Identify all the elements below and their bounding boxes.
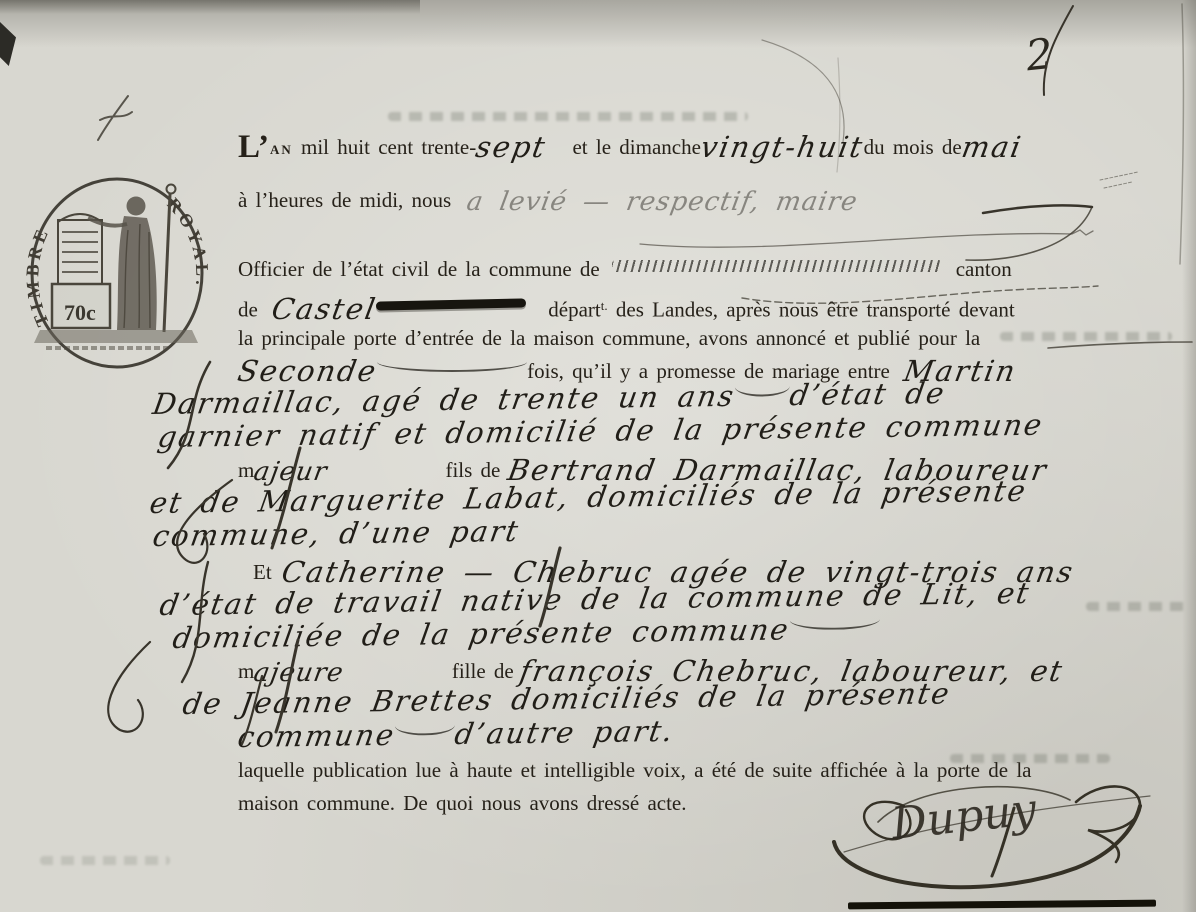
text-line: à l’heures de midi, nousa levié — respec…	[238, 184, 1196, 217]
ink-dash	[395, 723, 455, 736]
printed-text: an	[270, 138, 293, 158]
printed-text: de	[238, 297, 258, 321]
handwritten-text: d’état de	[787, 377, 948, 412]
handwritten-text: domiciliée de la présente commune	[170, 613, 792, 655]
handwritten-text: sept	[473, 131, 549, 164]
handwritten-text-faint: a levié — respectif, maire	[464, 186, 860, 219]
handwritten-text: d’autre part.	[453, 715, 678, 751]
spacer	[258, 312, 272, 316]
printed-text: la principale porte d’entrée de la maiso…	[238, 326, 980, 350]
spacer	[451, 203, 467, 207]
printed-text: fille de	[452, 659, 514, 683]
timbre-royal-stamp: TIMBRE ROYAL. 70c	[18, 170, 218, 378]
printed-text: Et	[253, 560, 272, 584]
spacer	[526, 312, 548, 316]
printed-text: départ	[548, 297, 600, 321]
ink-dash	[735, 384, 790, 397]
bleed-through-mark	[388, 112, 748, 121]
printed-text: t.	[601, 298, 608, 313]
signature-block: Dupuy	[818, 778, 1188, 912]
page-number: 2	[1024, 29, 1056, 81]
printed-text: canton	[956, 257, 1012, 281]
printed-text: à l’heures de midi, nous	[238, 188, 451, 212]
printed-text: L’	[238, 129, 270, 165]
handwritten-text: Seconde	[235, 355, 380, 388]
spacer	[327, 473, 445, 477]
printed-text: fils de	[445, 458, 500, 482]
spacer	[344, 674, 452, 678]
handwritten-text: mai	[959, 131, 1025, 164]
spacer	[942, 272, 956, 276]
document-scan: 2 TIMBRE ROYAL.	[0, 0, 1196, 912]
printed-text: des Landes, après nous être transporté d…	[608, 297, 1015, 321]
document-lines: L’an mil huit cent trente-septet le dima…	[238, 131, 1196, 820]
stamp-text-left: TIMBRE	[22, 223, 53, 329]
spacer	[600, 272, 612, 276]
printed-text: Officier de l’état civil de la commune d…	[238, 257, 600, 281]
handwritten-text: commune	[235, 719, 398, 754]
printed-text: mil huit cent trente-	[293, 135, 476, 159]
text-line: Officier de l’état civil de la commune d…	[238, 253, 1196, 286]
handwritten-text: vingt-huit	[698, 131, 866, 164]
text-line: deCasteldépartt. des Landes, après nous …	[238, 289, 1196, 322]
stamp-denomination: 70c	[64, 300, 96, 325]
printed-text: maison commune. De quoi nous avons dress…	[238, 791, 687, 815]
ink-dash	[377, 360, 527, 372]
text-line: L’an mil huit cent trente-septet le dima…	[238, 131, 1196, 164]
printed-text: du mois de	[864, 135, 962, 159]
scan-edge-shading-streak	[0, 0, 420, 14]
spacer	[546, 150, 572, 154]
ink-scribble	[612, 260, 942, 272]
bleed-through-mark	[950, 754, 1110, 763]
ink-dash	[789, 617, 879, 630]
ink-scratch	[376, 299, 526, 311]
printed-text: et le dimanche	[572, 135, 700, 159]
bleed-through-mark	[1000, 332, 1172, 341]
bleed-through-mark	[1086, 602, 1186, 611]
signature-name: Dupuy	[888, 784, 1040, 850]
bleed-through-mark	[40, 856, 170, 865]
handwritten-text: commune, d’une part	[150, 515, 522, 553]
